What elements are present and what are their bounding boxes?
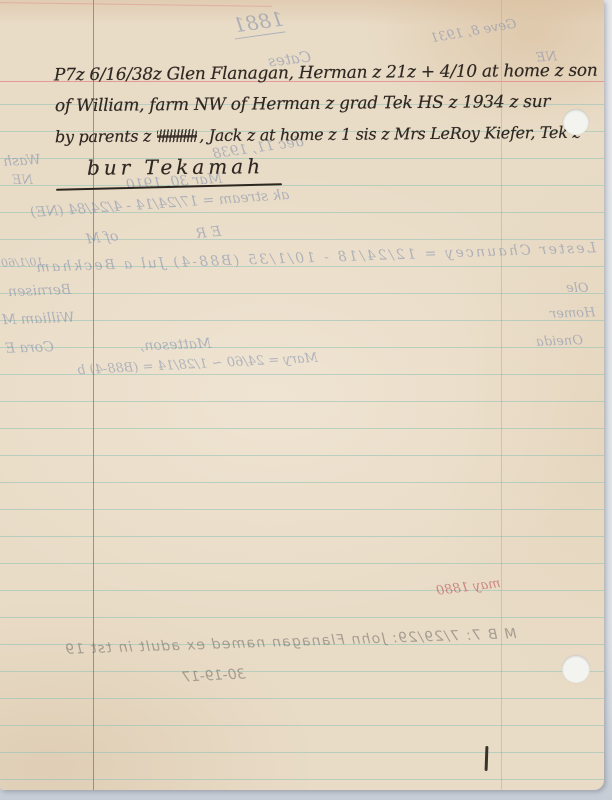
notebook-paper: 1881CatesGeve 8, 1931NEWashdec 11, 1938M… — [0, 0, 604, 790]
bleedthrough-text: NE — [12, 173, 33, 188]
handwriting-line-3-after: , Jack z at home z 1 sis z Mrs LeRoy Kie… — [199, 123, 581, 145]
punch-hole-top — [563, 109, 589, 135]
bleedthrough-text: Geve 8, 1931 — [429, 17, 517, 47]
bleedthrough-text: M B 7: 7/29/29: John Flanagan named ex a… — [64, 626, 517, 658]
bleedthrough-text: Bernisen — [8, 282, 72, 300]
scanned-page: 1881CatesGeve 8, 1931NEWashdec 11, 1938M… — [0, 0, 612, 800]
bleedthrough-text: William M — [2, 310, 75, 329]
bleedthrough-text: Oneida — [536, 333, 583, 350]
bleedthrough-text: 30-19-17 — [182, 666, 246, 685]
bleedthrough-text: E R — [195, 224, 222, 243]
bleedthrough-text: Matteson, — [140, 336, 212, 354]
bleedthrough-text: Mary = 24/60 ~ 1/28/14 = (B88-4) b — [77, 351, 318, 379]
bleedthrough-text: of M — [85, 228, 119, 247]
bleedthrough-text: 1881 — [231, 7, 285, 40]
handwriting-line-3-before: by parents z — [55, 126, 151, 146]
bleedthrough-text: ak stream = 17/24/14 - 4/24/84 (NE) — [30, 187, 290, 221]
bleedthrough-text: Wash — [3, 152, 42, 170]
handwriting-line-4: bur Tekamah — [87, 154, 264, 180]
scratched-out-word — [157, 129, 197, 142]
bleedthrough-text: Lester Chauncey = 12/24/18 - 10/1/35 (B8… — [34, 240, 596, 276]
bleedthrough-text: Ole — [566, 281, 589, 296]
bleedthrough-text: Homer — [550, 305, 596, 322]
bleedthrough-text: may 1880 — [435, 576, 501, 599]
bleedthrough-text: Cora E — [5, 339, 54, 357]
bleedthrough-layer: 1881CatesGeve 8, 1931NEWashdec 11, 1938M… — [0, 0, 604, 790]
punch-hole-bottom — [562, 655, 590, 683]
